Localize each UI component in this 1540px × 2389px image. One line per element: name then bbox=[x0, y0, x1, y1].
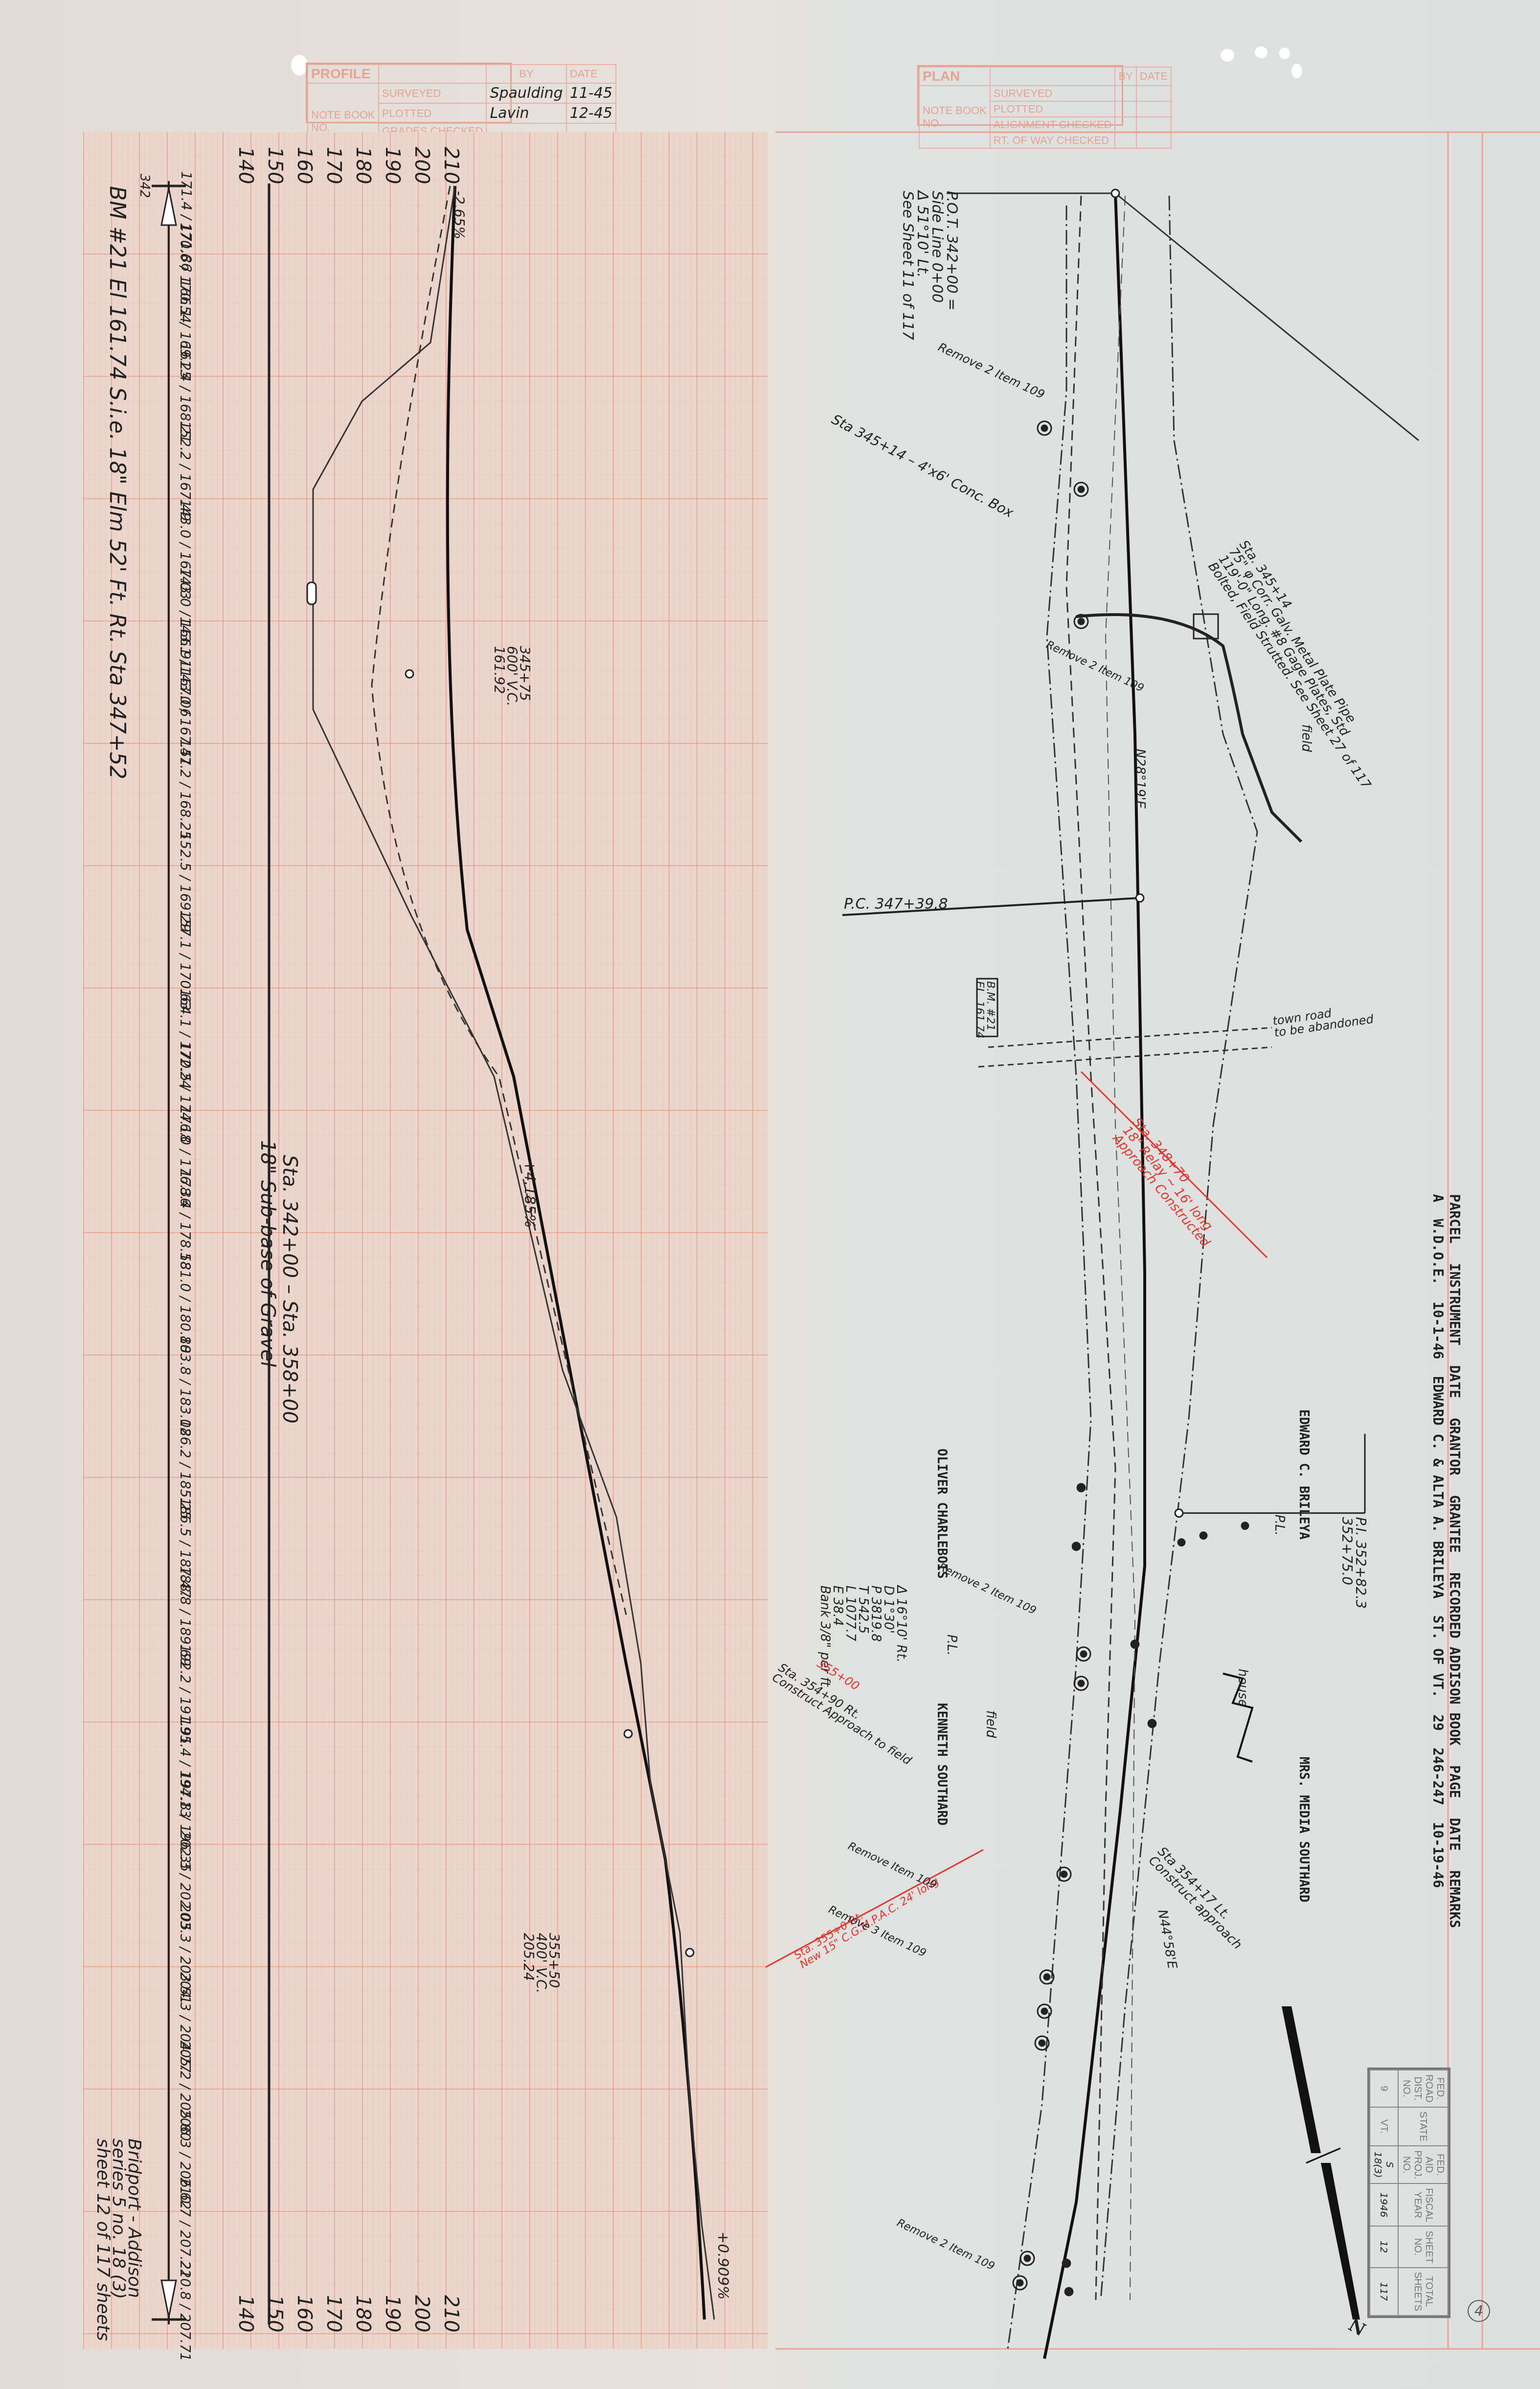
parcel-table-row: A W.D.O.E. 10-1-46 EDWARD C. & ALTA A. B… bbox=[1429, 1194, 1446, 1928]
plan-lines bbox=[0, 0, 1540, 2389]
parcel-table: PARCEL INSTRUMENT DATE GRANTOR GRANTEE R… bbox=[1429, 1194, 1463, 1928]
field-label: field bbox=[1299, 724, 1314, 752]
bearing-1: N28°19'E bbox=[1132, 749, 1147, 808]
parcel-table-header: PARCEL INSTRUMENT DATE GRANTOR GRANTEE R… bbox=[1446, 1194, 1463, 1928]
sheet-stamp: FED. ROAD DIST. NO. STATE FED. AID PROJ.… bbox=[1367, 2067, 1450, 2318]
field-label: field bbox=[983, 1710, 998, 1738]
owner-kenneth-southard: KENNETH SOUTHARD bbox=[934, 1703, 949, 1825]
pl-label: P.L. bbox=[944, 1634, 959, 1655]
corner-mark: 4 bbox=[1468, 2300, 1490, 2322]
owner-media-southard: MRS. MEDIA SOUTHARD bbox=[1296, 1757, 1311, 1902]
pl-label: P.L. bbox=[1272, 1515, 1287, 1536]
pc-note: P.C. 347+39.8 bbox=[844, 896, 948, 913]
owner-edward-brileya: EDWARD C. BRILEYA bbox=[1296, 1409, 1311, 1539]
pot-note: P.O.T. 342+00 = Side Line 0+00 Δ 51°10' … bbox=[900, 191, 959, 340]
pi-note: P.I. 352+82.3 352+75.0 bbox=[1340, 1517, 1367, 1608]
bm-box-text: B.M. #21 EL. 161.74 bbox=[974, 981, 996, 1038]
owner-oliver-charlebois: OLIVER CHARLEBOIS bbox=[934, 1448, 949, 1579]
drawing-sheet: PROFILE BY DATE NOTE BOOKNO. SURVEYED Sp… bbox=[0, 0, 1540, 2389]
house-label: house bbox=[1235, 1669, 1250, 1707]
